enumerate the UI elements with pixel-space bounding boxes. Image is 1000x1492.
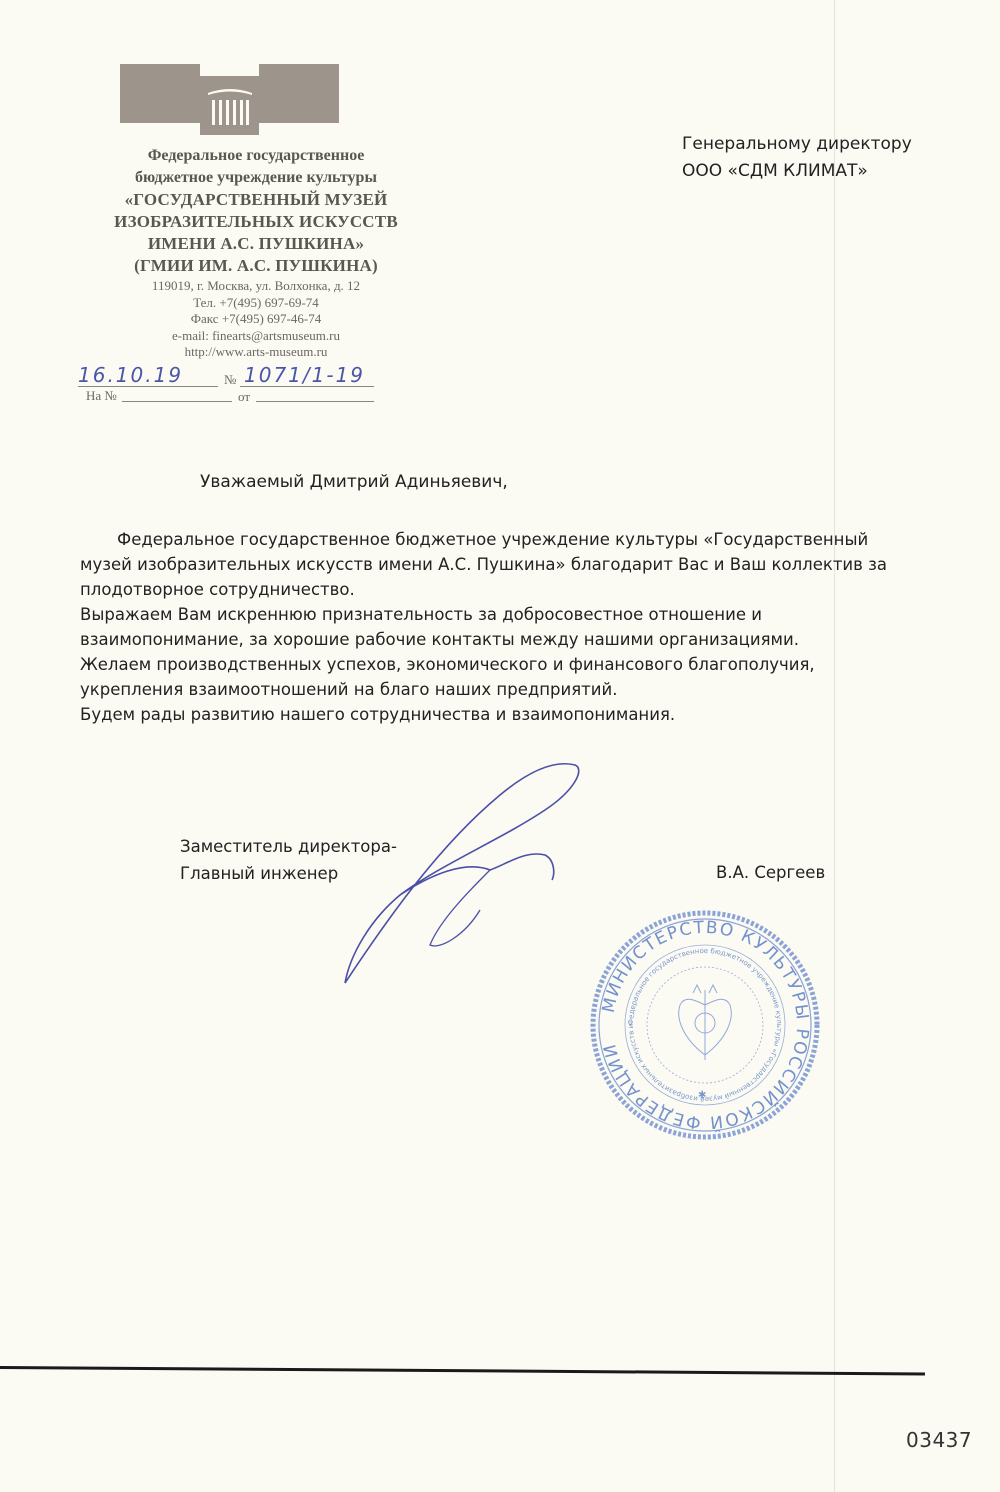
handwritten-signature-icon [330,755,590,999]
outgoing-number: 1071/1-19 [244,363,365,387]
letter-body: Федеральное государственное бюджетное уч… [80,527,930,727]
body-paragraph: Будем рады развитию нашего сотрудничеств… [80,702,930,727]
org-line: «ГОСУДАРСТВЕННЫЙ МУЗЕЙ [70,189,442,211]
org-address: 119019, г. Москва, ул. Волхонка, д. 12 [70,278,442,295]
incoming-number-underline [122,401,232,402]
org-website: http://www.arts-museum.ru [70,344,442,361]
organization-name: Федеральное государственное бюджетное уч… [70,145,442,277]
org-fax: Факс +7(495) 697-46-74 [70,311,442,328]
org-line: ИЗОБРАЗИТЕЛЬНЫХ ИСКУССТВ [70,211,442,233]
museum-logo [120,64,340,136]
incoming-date-label: от [238,389,250,405]
signer-name: В.А. Сергеев [716,863,825,882]
body-paragraph: Федеральное государственное бюджетное уч… [80,527,925,602]
org-line: (ГМИИ ИМ. А.С. ПУШКИНА) [70,255,442,277]
scan-fold-line [834,0,835,1492]
outgoing-date: 16.10.19 [78,363,183,387]
official-round-stamp-icon: МИНИСТЕРСТВО КУЛЬТУРЫ РОССИЙСКОЙ ФЕДЕРАЦ… [585,905,825,1149]
incoming-number-label: На № [86,388,117,404]
logo-center-block [200,76,259,135]
museum-building-icon [207,84,253,128]
addressee-block: Генеральному директору ООО «СДМ КЛИМАТ» [682,131,912,185]
org-contacts: 119019, г. Москва, ул. Волхонка, д. 12 Т… [70,278,442,361]
number-underline [240,386,374,387]
addressee-title: Генеральному директору [682,131,912,158]
org-phone: Тел. +7(495) 697-69-74 [70,295,442,312]
document-serial-number: 03437 [906,1428,972,1452]
addressee-company: ООО «СДМ КЛИМАТ» [682,158,912,185]
body-paragraph: Выражаем Вам искреннюю признательность з… [80,602,820,652]
svg-text:✱: ✱ [698,1090,706,1101]
logo-right-wing [259,64,339,123]
org-email: e-mail: finearts@artsmuseum.ru [70,328,442,345]
body-paragraph: Желаем производственных успехов, экономи… [80,652,870,702]
org-line: Федеральное государственное [70,145,442,167]
org-line: ИМЕНИ А.С. ПУШКИНА» [70,233,442,255]
logo-left-wing [120,64,200,123]
salutation: Уважаемый Дмитрий Адиньяевич, [200,472,508,492]
date-underline [78,386,218,387]
outgoing-number-label: № [224,372,236,388]
footer-rule [0,1366,925,1375]
incoming-date-underline [256,401,374,402]
org-line: бюджетное учреждение культуры [70,167,442,189]
